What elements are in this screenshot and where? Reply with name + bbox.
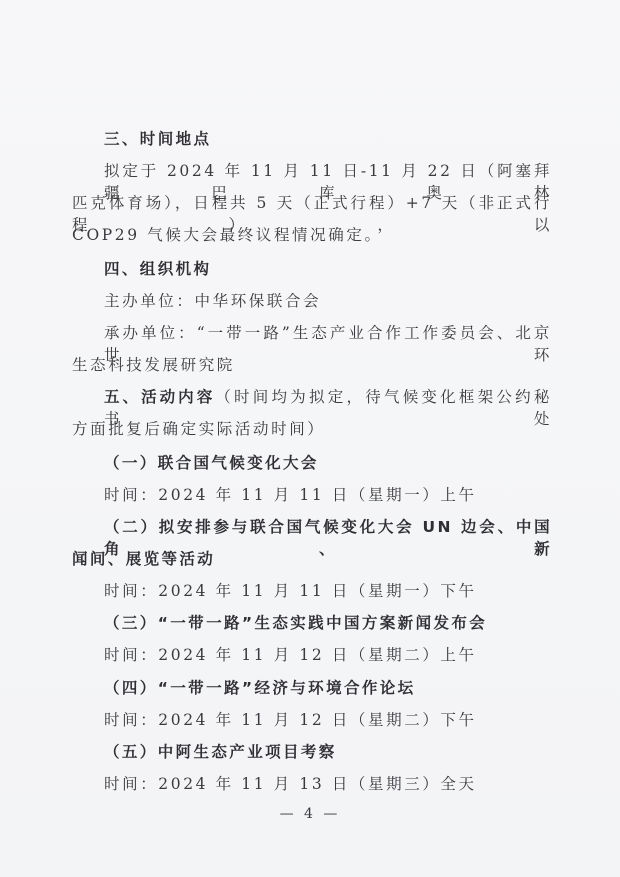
section-heading-time-location: 三、时间地点 bbox=[104, 128, 584, 150]
activity-time: 时间：2024 年 11 月 12 日（星期二）上午 bbox=[104, 644, 584, 666]
activity-title: （五）中阿生态产业项目考察 bbox=[104, 741, 584, 763]
activity-title-continued: 闻间、展览等活动 bbox=[72, 548, 552, 570]
section-heading-activities-title: 五、活动内容 bbox=[104, 388, 215, 406]
paragraph-line: COP29 气候大会最终议程情况确定。 bbox=[72, 224, 552, 246]
host-unit: 主办单位：中华环保联合会 bbox=[104, 290, 584, 312]
activity-time: 时间：2024 年 11 月 13 日（星期三）全天 bbox=[104, 773, 584, 795]
organizer-unit-line: 生态科技发展研究院 bbox=[72, 354, 552, 376]
activity-time: 时间：2024 年 11 月 12 日（星期二）下午 bbox=[104, 709, 584, 731]
section-heading-organization: 四、组织机构 bbox=[104, 258, 584, 280]
activities-note-continued: 方面批复后确定实际活动时间） bbox=[72, 418, 552, 440]
activity-title: （一）联合国气候变化大会 bbox=[104, 452, 584, 474]
activity-title: （三）“一带一路”生态实践中国方案新闻发布会 bbox=[104, 612, 584, 634]
document-page: 三、时间地点 拟定于 2024 年 11 月 11 日-11 月 22 日（阿塞… bbox=[0, 0, 620, 877]
page-number: — 4 — bbox=[0, 806, 620, 822]
activity-title: （四）“一带一路”经济与环境合作论坛 bbox=[104, 677, 584, 699]
activity-time: 时间：2024 年 11 月 11 日（星期一）上午 bbox=[104, 484, 584, 506]
activity-time: 时间：2024 年 11 月 11 日（星期一）下午 bbox=[104, 580, 584, 602]
